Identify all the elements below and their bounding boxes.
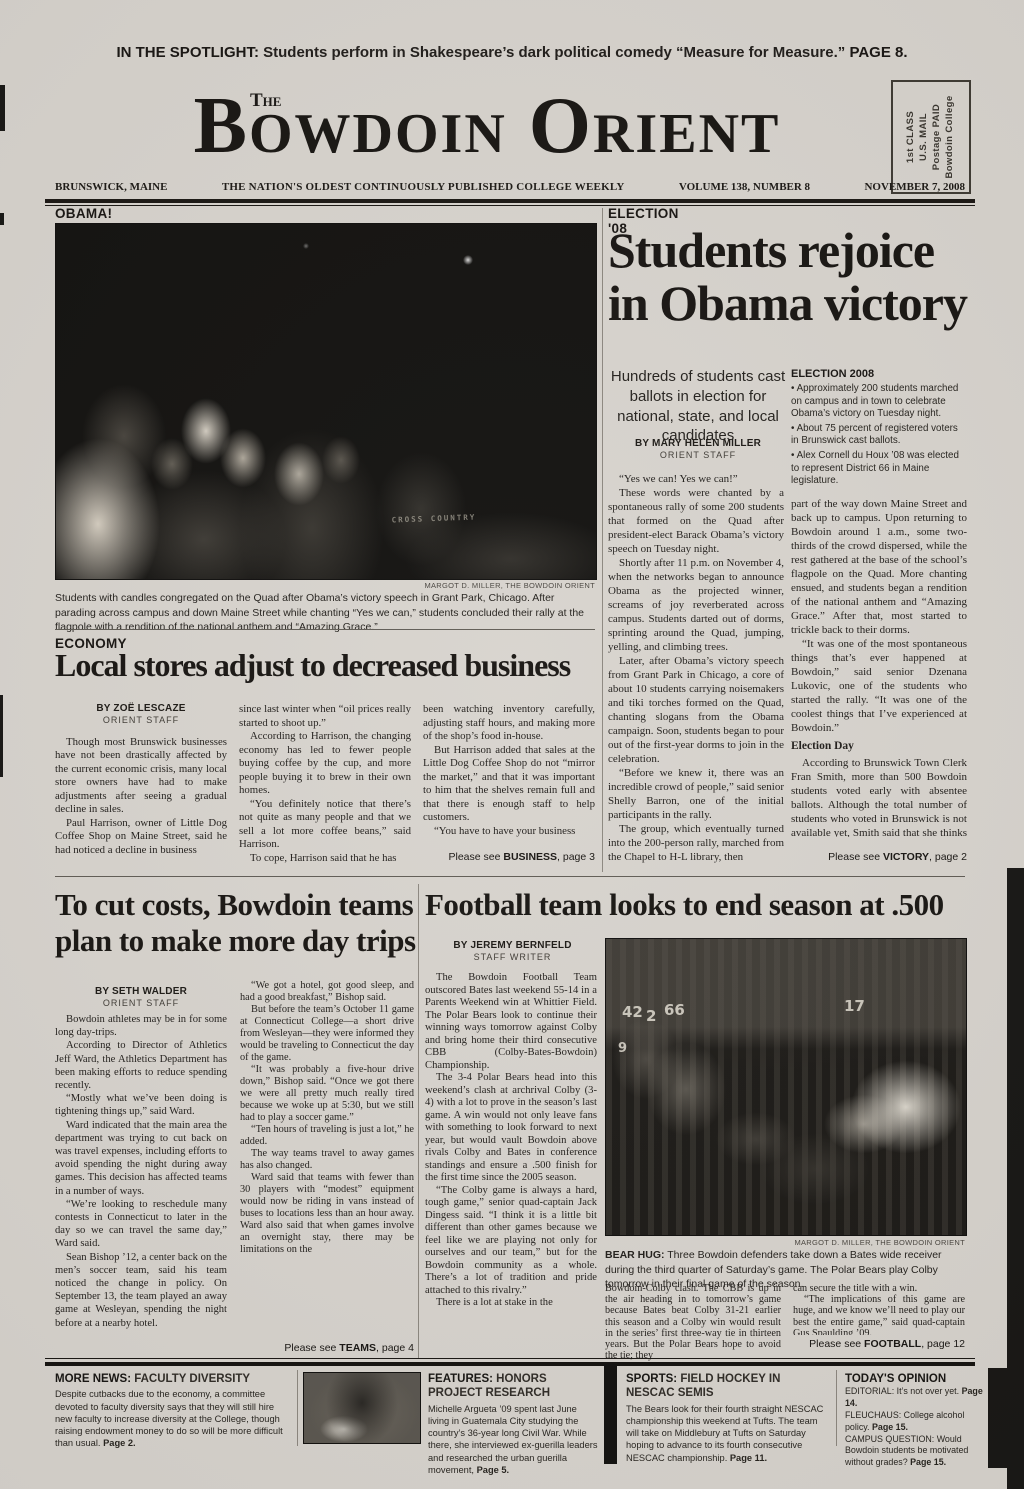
election-column-2: part of the way down Maine Street and ba… xyxy=(791,497,967,837)
byline-org: ORIENT STAFF xyxy=(55,998,227,1010)
football-jump: Please see FOOTBALL, page 12 xyxy=(793,1338,965,1350)
economy-column-1: BY ZOË LESCAZE ORIENT STAFF Though most … xyxy=(55,702,227,868)
football-headline: Football team looks to end season at .50… xyxy=(425,888,970,922)
spotlight-banner: IN THE SPOTLIGHT: Students perform in Sh… xyxy=(0,44,1024,62)
scan-artifact xyxy=(0,213,4,225)
paragraph: Shortly after 11 p.m. on November 4, whe… xyxy=(608,556,784,654)
scan-artifact xyxy=(988,1368,1024,1468)
paragraph: “Before we knew it, there was an incredi… xyxy=(608,766,784,822)
paragraph: The 3-4 Polar Bears head into this weeke… xyxy=(425,1072,597,1185)
economy-headline: Local stores adjust to decreased busines… xyxy=(55,649,600,683)
byline-name: BY ZOË LESCAZE xyxy=(96,703,185,714)
football-column-3: can secure the title with a win.“The imp… xyxy=(793,1283,965,1335)
economy-column-3: been watching inventory carefully, adjus… xyxy=(423,703,595,847)
photo-shirt-text: CROSS COUNTRY xyxy=(374,512,494,525)
teams-headline: To cut costs, Bowdoin teams plan to make… xyxy=(55,887,419,959)
paragraph: “It was one of the most spontaneous thin… xyxy=(791,637,967,735)
paragraph: Paul Harrison, owner of Little Dog Coffe… xyxy=(55,817,227,858)
masthead-rule-thin xyxy=(45,205,975,206)
football-column-2: Bowdoin-Colby clash. The CBB is up in th… xyxy=(605,1283,781,1361)
factbox-bullets: Approximately 200 students marched on ca… xyxy=(791,383,967,488)
election-jump: Please see VICTORY, page 2 xyxy=(791,851,967,863)
dateline-volume: VOLUME 138, NUMBER 8 xyxy=(679,181,810,193)
byline-name: BY JEREMY BERNFELD xyxy=(453,940,571,951)
kicker-obama: OBAMA! xyxy=(55,206,112,221)
paragraph: There is a lot at stake in the xyxy=(425,1297,597,1310)
teaser-label: TODAY'S OPINION xyxy=(845,1373,946,1385)
stamp-line: Postage PAID xyxy=(931,84,944,190)
paragraph: The Bowdoin Football Team outscored Bate… xyxy=(425,972,597,1072)
teaser-label: SPORTS: xyxy=(626,1373,677,1385)
paragraph: Bowdoin athletes may be in for some long… xyxy=(55,1013,227,1039)
dateline-city: BRUNSWICK, MAINE xyxy=(55,181,167,193)
jersey-number: 17 xyxy=(844,997,865,1015)
paragraph: But before the team’s October 11 game at… xyxy=(240,1004,414,1064)
photo-credit-obama: MARGOT D. MILLER, THE BOWDOIN ORIENT xyxy=(55,581,595,590)
teaser-divider xyxy=(836,1370,837,1446)
postage-stamp-text: 1st CLASS U.S. MAIL Postage PAID Bowdoin… xyxy=(895,84,967,190)
photo-obama-rally: CROSS COUNTRY xyxy=(55,223,597,580)
paragraph: According to Brunswick Town Clerk Fran S… xyxy=(791,756,967,837)
paragraph: About 75 percent of registered voters in… xyxy=(791,423,967,448)
paragraph: Approximately 200 students marched on ca… xyxy=(791,383,967,421)
byline-name: BY MARY HELEN MILLER xyxy=(635,438,761,449)
teaser-label: MORE NEWS: xyxy=(55,1373,131,1385)
teaser-label: FEATURES: xyxy=(428,1373,493,1385)
column-rule xyxy=(602,208,603,872)
paragraph: “We got a hotel, got good sleep, and had… xyxy=(240,980,414,1004)
teaser-page-ref: Page 11. xyxy=(730,1453,767,1463)
spotlight-page-ref: PAGE 8. xyxy=(849,44,907,61)
byline-org: ORIENT STAFF xyxy=(608,450,788,462)
jersey-number: 2 xyxy=(646,1007,656,1025)
paragraph: These words were chanted by a spontaneou… xyxy=(608,486,784,556)
scan-artifact xyxy=(0,85,5,131)
caption-lead: BEAR HUG: xyxy=(605,1249,665,1261)
economy-column-2: since last winter when “oil prices reall… xyxy=(239,703,411,867)
byline-name: BY SETH WALDER xyxy=(95,986,187,997)
economy-byline: BY ZOË LESCAZE ORIENT STAFF xyxy=(55,702,227,727)
paragraph: “Yes we can! Yes we can!” xyxy=(608,472,784,486)
spotlight-text: Students perform in Shakespeare’s dark p… xyxy=(263,44,845,61)
teaser-features: FEATURES: HONORS PROJECT RESEARCH Michel… xyxy=(428,1372,600,1476)
economy-jump: Please see BUSINESS, page 3 xyxy=(423,851,595,863)
election-subhead: Election Day xyxy=(791,739,967,754)
jersey-number: 66 xyxy=(664,1001,685,1019)
teaser-page-ref: Page 2. xyxy=(103,1438,136,1448)
spotlight-label: IN THE SPOTLIGHT: xyxy=(116,44,259,61)
stamp-line: 1st CLASS xyxy=(905,84,918,190)
paragraph: since last winter when “oil prices reall… xyxy=(239,703,411,730)
paragraph: Alex Cornell du Houx ’08 was elected to … xyxy=(791,450,967,488)
election-factbox: ELECTION 2008 Approximately 200 students… xyxy=(791,368,967,490)
teaser-title: FACULTY DIVERSITY xyxy=(134,1373,250,1385)
football-column-1: The Bowdoin Football Team outscored Bate… xyxy=(425,972,597,1360)
photo-credit-football: MARGOT D. MILLER, THE BOWDOIN ORIENT xyxy=(605,1238,965,1247)
paragraph: Ward indicated that the main area the de… xyxy=(55,1119,227,1198)
paragraph: been watching inventory carefully, adjus… xyxy=(423,703,595,744)
section-divider xyxy=(55,876,965,877)
newspaper-front-page: IN THE SPOTLIGHT: Students perform in Sh… xyxy=(0,0,1024,1489)
paragraph: “Ten hours of traveling is just a lot,” … xyxy=(240,1124,414,1148)
paragraph: “It was probably a five-hour drive down,… xyxy=(240,1064,414,1124)
teaser-rule-thick xyxy=(45,1362,975,1366)
masthead-rule xyxy=(45,199,975,203)
paragraph: According to Harrison, the changing econ… xyxy=(239,730,411,798)
teaser-divider xyxy=(297,1370,298,1446)
dateline-date: NOVEMBER 7, 2008 xyxy=(864,181,965,193)
byline-org: STAFF WRITER xyxy=(430,952,595,964)
paragraph: But Harrison added that sales at the Lit… xyxy=(423,744,595,825)
teaser-page-ref: Page 5. xyxy=(477,1465,510,1475)
paragraph: According to Director of Athletics Jeff … xyxy=(55,1039,227,1092)
paragraph: Bowdoin-Colby clash. The CBB is up in th… xyxy=(605,1283,781,1361)
stamp-line: Bowdoin College xyxy=(944,84,957,190)
election-column-1: “Yes we can! Yes we can!”These words wer… xyxy=(608,472,784,870)
stamp-line: U.S. MAIL xyxy=(918,84,931,190)
jersey-number: 9 xyxy=(618,1041,627,1056)
paragraph: The way teams travel to away games has a… xyxy=(240,1148,414,1172)
dateline-tagline: THE NATION'S OLDEST CONTINUOUSLY PUBLISH… xyxy=(222,181,625,193)
teams-jump: Please see TEAMS, page 4 xyxy=(240,1342,414,1354)
election-headline: Students rejoice in Obama victory xyxy=(608,224,968,330)
paragraph: “You definitely notice that there’s not … xyxy=(239,798,411,852)
paragraph: “The implications of this game are huge,… xyxy=(793,1294,965,1335)
jersey-number: 42 xyxy=(622,1003,643,1021)
election-deck: Hundreds of students cast ballots in ele… xyxy=(608,367,788,446)
election-byline: BY MARY HELEN MILLER ORIENT STAFF xyxy=(608,437,788,462)
teaser-page-ref: Page 15. xyxy=(910,1457,946,1467)
dateline: BRUNSWICK, MAINE THE NATION'S OLDEST CON… xyxy=(55,181,965,193)
teaser-opinion: TODAY'S OPINION EDITORIAL: It’s not over… xyxy=(845,1372,987,1469)
scan-artifact xyxy=(604,1364,617,1464)
masthead-title: Bowdoin Orient xyxy=(0,86,974,166)
teams-column-2: “We got a hotel, got good sleep, and had… xyxy=(240,980,414,1340)
paragraph: “Mostly what we’ve been doing is tighten… xyxy=(55,1092,227,1118)
paragraph: Later, after Obama’s victory speech from… xyxy=(608,654,784,766)
factbox-title: ELECTION 2008 xyxy=(791,368,967,380)
football-byline: BY JEREMY BERNFELD STAFF WRITER xyxy=(430,939,595,964)
photo-football-game: 42 2 66 9 17 xyxy=(605,938,967,1236)
paragraph: The group, which eventually turned into … xyxy=(608,822,784,864)
paragraph: Ward said that teams with fewer than 30 … xyxy=(240,1172,414,1256)
teaser-page-ref: Page 15. xyxy=(872,1422,908,1432)
teams-byline: BY SETH WALDER ORIENT STAFF xyxy=(55,985,227,1010)
scan-artifact xyxy=(0,695,3,777)
paragraph: Though most Brunswick businesses have no… xyxy=(55,736,227,817)
divider xyxy=(55,629,595,630)
teaser-more-news: MORE NEWS: FACULTY DIVERSITY Despite cut… xyxy=(55,1372,293,1449)
paragraph: “We’re looking to reschedule many contes… xyxy=(55,1198,227,1251)
teaser-thumbnail-photo xyxy=(303,1372,421,1444)
teaser-rule-thin xyxy=(45,1358,975,1359)
byline-org: ORIENT STAFF xyxy=(55,715,227,727)
teaser-sports: SPORTS: FIELD HOCKEY IN NESCAC SEMIS The… xyxy=(626,1372,829,1464)
paragraph: “You have to have your business xyxy=(423,825,595,839)
teams-column-1: Bowdoin athletes may be in for some long… xyxy=(55,1013,227,1357)
paragraph: “The Colby game is always a hard, tough … xyxy=(425,1185,597,1298)
postage-stamp-box: 1st CLASS U.S. MAIL Postage PAID Bowdoin… xyxy=(891,80,971,194)
paragraph: Sean Bishop ’12, a center back on the me… xyxy=(55,1251,227,1330)
paragraph: can secure the title with a win. xyxy=(793,1283,965,1294)
paragraph: To cope, Harrison said that he has xyxy=(239,852,411,866)
paragraph: part of the way down Maine Street and ba… xyxy=(791,497,967,637)
